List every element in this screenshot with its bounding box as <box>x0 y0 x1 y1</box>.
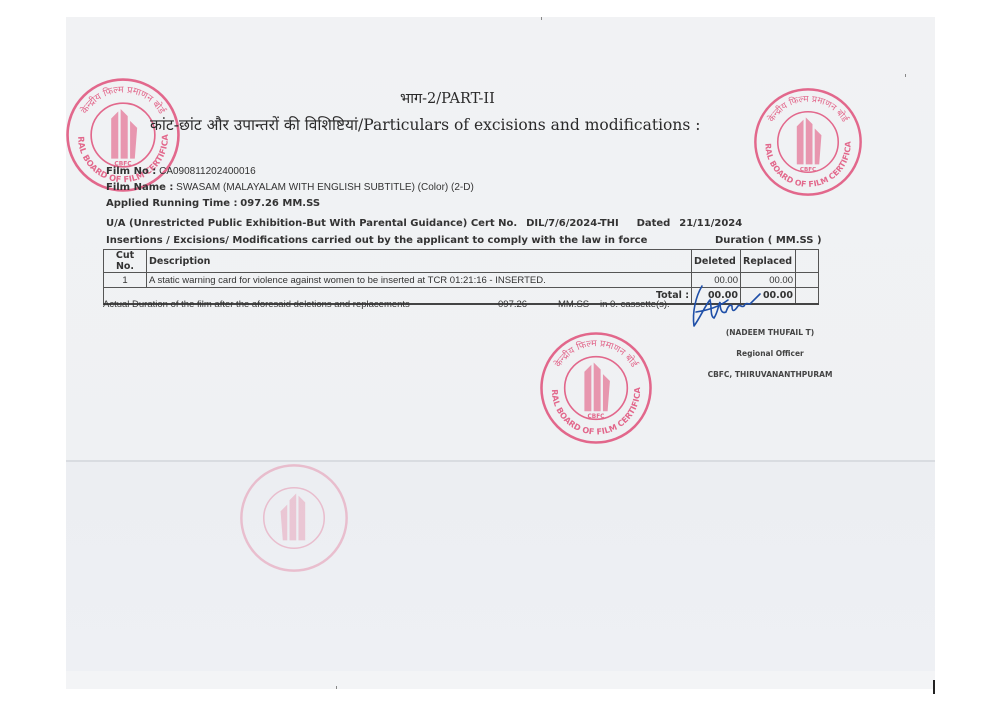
page-bottom-strip <box>66 671 935 689</box>
total-empty <box>796 288 819 305</box>
signatory-name: (NADEEM THUFAIL T) <box>690 328 850 337</box>
page-lower-half <box>66 462 935 689</box>
cbfc-stamp-top-right: CBFC केन्द्रीय फिल्म प्रमाणन बोर्ड CENTR… <box>752 86 864 198</box>
signature-icon <box>690 282 770 332</box>
actual-duration-value: 097.26 <box>498 299 527 310</box>
insertions-heading: Insertions / Excisions/ Modifications ca… <box>106 235 647 246</box>
cbfc-stamp-icon: CBFC केन्द्रीय फिल्म प्रमाणन बोर्ड CENTR… <box>538 330 654 446</box>
cbfc-stamp-bleed-through <box>238 462 350 574</box>
film-name-line: Film Name : SWASAM (MALAYALAM WITH ENGLI… <box>106 182 474 193</box>
svg-text:CBFC: CBFC <box>800 167 816 173</box>
actual-duration-line: Actual Duration of the film after the af… <box>103 299 410 310</box>
col-empty <box>796 250 819 273</box>
cbfc-stamp-center: CBFC केन्द्रीय फिल्म प्रमाणन बोर्ड CENTR… <box>538 330 654 446</box>
running-time-value: 097.26 MM.SS <box>240 198 320 209</box>
cell-empty <box>796 273 819 288</box>
actual-duration-text: Actual Duration of the film after the af… <box>103 299 410 310</box>
scan-speck <box>541 17 542 20</box>
cert-no-value: DIL/7/6/2024-THI <box>526 218 619 229</box>
scan-speck <box>336 686 337 689</box>
film-name-label: Film Name : <box>106 182 173 193</box>
cell-description: A static warning card for violence again… <box>147 273 692 288</box>
excisions-title: कांट-छांट और उपान्तरों की विशिष्टियां/Pa… <box>150 113 700 135</box>
part-heading: भाग-2/PART-II <box>400 88 495 108</box>
cbfc-stamp-icon: CBFC केन्द्रीय फिल्म प्रमाणन बोर्ड CENTR… <box>752 86 864 198</box>
certificate-line: U/A (Unrestricted Public Exhibition-But … <box>106 213 742 231</box>
table-header-row: Cut No. Description Deleted Replaced <box>104 250 819 273</box>
film-no-value: CA090811202400016 <box>159 166 256 177</box>
running-time-label: Applied Running Time : <box>106 198 238 209</box>
actual-duration-unit: MM.SS <box>558 299 589 310</box>
certificate-type: U/A (Unrestricted Public Exhibition-But … <box>106 218 517 229</box>
signatory-office: CBFC, THIRUVANANTHPURAM <box>690 370 850 379</box>
col-deleted: Deleted <box>692 250 741 273</box>
duration-label: Duration ( MM.SS ) <box>715 235 822 246</box>
svg-text:CBFC: CBFC <box>588 414 605 420</box>
col-description: Description <box>147 250 692 273</box>
signatory-designation: Regional Officer <box>690 349 850 358</box>
cassette-count: in 0. cassette(s). <box>600 299 670 310</box>
film-no-label: Film No : <box>106 166 156 177</box>
scan-speck <box>905 74 906 77</box>
cbfc-stamp-icon <box>238 462 350 574</box>
dated-label: Dated <box>637 218 671 229</box>
cell-cut-no: 1 <box>104 273 147 288</box>
film-no-line: Film No : CA090811202400016 <box>106 166 256 177</box>
film-name-value: SWASAM (MALAYALAM WITH ENGLISH SUBTITLE)… <box>176 182 474 193</box>
col-replaced: Replaced <box>741 250 796 273</box>
dated-value: 21/11/2024 <box>679 218 742 229</box>
col-cut-no: Cut No. <box>104 250 147 273</box>
scan-edge-mark <box>933 680 935 694</box>
running-time-line: Applied Running Time : 097.26 MM.SS <box>106 198 320 209</box>
